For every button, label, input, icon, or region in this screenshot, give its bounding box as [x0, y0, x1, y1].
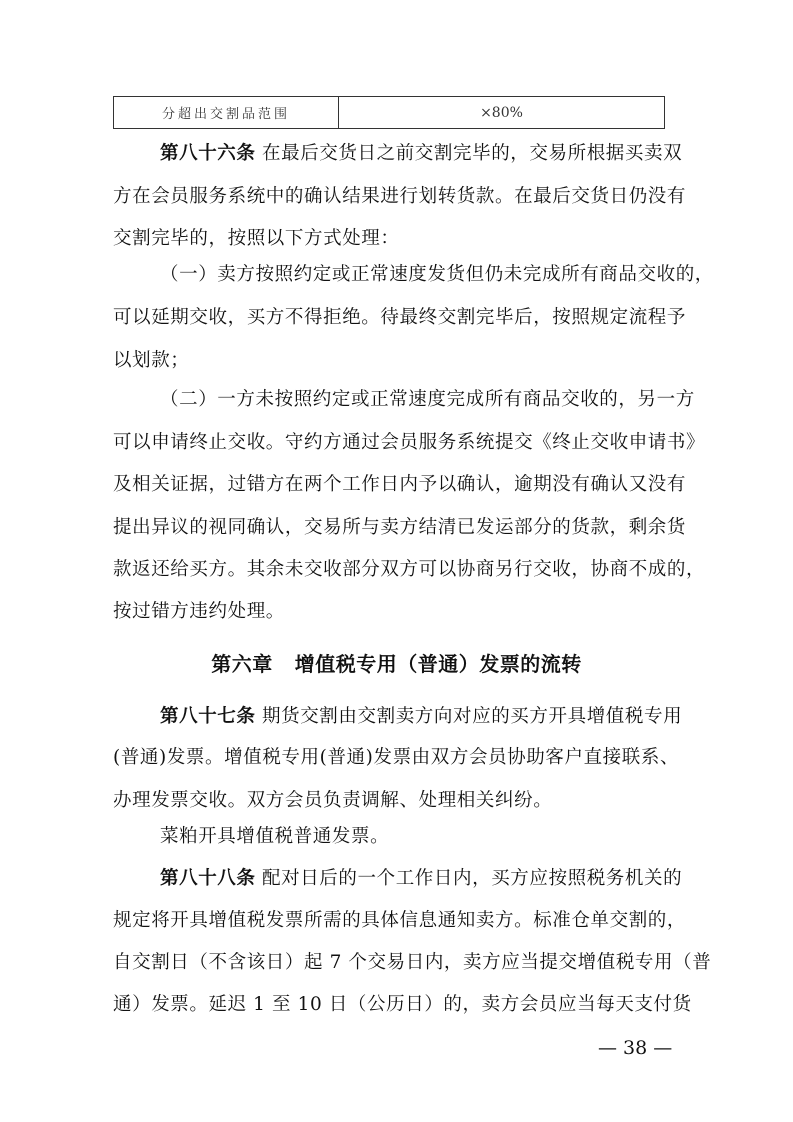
penalty-table: 分超出交割品范围 ×80%: [113, 96, 665, 129]
item-2-line-2: 可以申请终止交收。守约方通过会员服务系统提交《终止交收申请书》: [113, 432, 673, 454]
chapter-heading: 第六章增值税专用（普通）发票的流转: [0, 648, 793, 677]
table-cell-value: ×80%: [339, 97, 665, 129]
item-1-line-3: 以划款；: [113, 350, 673, 372]
item-2-line-1: （二）一方未按照约定或正常速度完成所有商品交收的，另一方: [160, 389, 720, 411]
item-1-line-2: 可以延期交收，买方不得拒绝。待最终交割完毕后，按照规定流程予: [113, 307, 673, 329]
chapter-number: 第六章: [211, 652, 273, 676]
article-86-line-1: 第八十六条 在最后交货日之前交割完毕的，交易所根据买卖双: [160, 143, 720, 165]
table-cell-label: 分超出交割品范围: [114, 97, 339, 129]
article-88-line-4: 通）发票。延迟 1 至 10 日（公历日）的，卖方会员应当每天支付货: [113, 994, 673, 1016]
article-87-note: 菜粕开具增值税普通发票。: [160, 826, 720, 848]
item-1-line-1: （一）卖方按照约定或正常速度发货但仍未完成所有商品交收的，: [160, 264, 720, 286]
page-number: — 38 —: [598, 1037, 672, 1059]
item-2-line-3: 及相关证据，过错方在两个工作日内予以确认，逾期没有确认又没有: [113, 474, 673, 496]
article-86-line-2: 方在会员服务系统中的确认结果进行划转货款。在最后交货日仍没有: [113, 186, 673, 208]
article-88-title: 第八十八条: [160, 868, 256, 889]
document-page: 分超出交割品范围 ×80% 第八十六条 在最后交货日之前交割完毕的，交易所根据买…: [0, 0, 793, 1122]
chapter-title: 增值税专用（普通）发票的流转: [295, 652, 582, 676]
article-87-line-3: 办理发票交收。双方会员负责调解、处理相关纠纷。: [113, 790, 673, 812]
item-2-line-4: 提出异议的视同确认，交易所与卖方结清已发运部分的货款，剩余货: [113, 517, 673, 539]
article-86-line-3: 交割完毕的，按照以下方式处理：: [113, 228, 673, 250]
item-2-line-5: 款返还给买方。其余未交收部分双方可以协商另行交收，协商不成的，: [113, 559, 673, 581]
article-87-line-1: 第八十七条 期货交割由交割卖方向对应的买方开具增值税专用: [160, 706, 720, 728]
item-2-line-6: 按过错方违约处理。: [113, 601, 673, 623]
article-88-line-2: 规定将开具增值税发票所需的具体信息通知卖方。标准仓单交割的，: [113, 910, 673, 932]
article-88-line-1: 第八十八条 配对日后的一个工作日内，买方应按照税务机关的: [160, 868, 720, 890]
article-86-title: 第八十六条: [160, 143, 256, 164]
article-87-title: 第八十七条: [160, 706, 256, 727]
article-87-line-2: (普通)发票。增值税专用(普通)发票由双方会员协助客户直接联系、: [113, 747, 673, 769]
article-88-line-3: 自交割日（不含该日）起 7 个交易日内，卖方应当提交增值税专用（普: [113, 952, 673, 974]
table-row: 分超出交割品范围 ×80%: [114, 97, 665, 129]
